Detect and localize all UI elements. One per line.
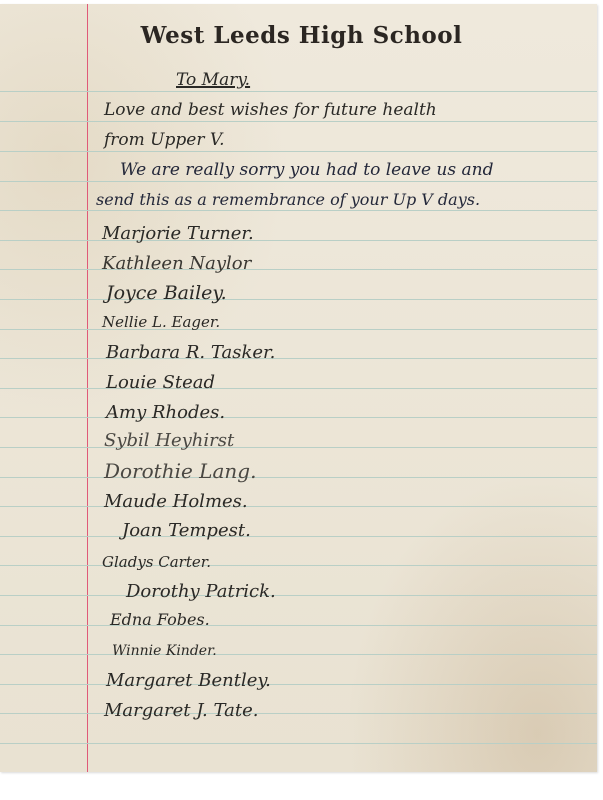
- signature: Amy Rhodes.: [106, 402, 225, 423]
- rule-line: [0, 388, 597, 389]
- signature: Joyce Bailey.: [106, 282, 227, 304]
- salutation: To Mary.: [176, 70, 250, 90]
- rule-line: [0, 91, 597, 92]
- rule-line: [0, 536, 597, 537]
- signature: Dorothy Patrick.: [126, 581, 276, 602]
- signature: Barbara R. Tasker.: [106, 342, 275, 363]
- rule-line: [0, 181, 597, 182]
- rule-line: [0, 299, 597, 300]
- signature: Margaret J. Tate.: [104, 700, 258, 721]
- signature: Winnie Kinder.: [112, 643, 217, 659]
- rule-line: [0, 240, 597, 241]
- signature: Sybil Heyhirst: [104, 430, 234, 451]
- rule-line: [0, 210, 597, 211]
- rule-line: [0, 447, 597, 448]
- rule-line: [0, 417, 597, 418]
- rule-line: [0, 654, 597, 655]
- rule-line: [0, 565, 597, 566]
- signature: Maude Holmes.: [104, 491, 248, 512]
- signature: Edna Fobes.: [110, 610, 210, 629]
- rule-line: [0, 743, 597, 744]
- signature: Joan Tempest.: [122, 520, 251, 541]
- signature: Marjorie Turner.: [102, 223, 254, 244]
- rule-line: [0, 595, 597, 596]
- rule-line: [0, 625, 597, 626]
- signature: Kathleen Naylor: [102, 253, 251, 274]
- rule-line: [0, 329, 597, 330]
- rule-line: [0, 151, 597, 152]
- signature: Nellie L. Eager.: [102, 313, 220, 331]
- rule-line: [0, 269, 597, 270]
- signature: Louie Stead: [106, 372, 215, 393]
- rule-line: [0, 506, 597, 507]
- rule-line: [0, 358, 597, 359]
- rule-line: [0, 684, 597, 685]
- message-line: We are really sorry you had to leave us …: [120, 160, 493, 180]
- signature: Margaret Bentley.: [106, 670, 271, 691]
- rule-line: [0, 121, 597, 122]
- rule-line: [0, 477, 597, 478]
- message-line: from Upper V.: [104, 130, 225, 150]
- letterhead-title: West Leeds High School: [0, 22, 603, 49]
- signature: Dorothie Lang.: [104, 459, 256, 483]
- message-line: Love and best wishes for future health: [104, 100, 437, 120]
- rule-line: [0, 713, 597, 714]
- message-line: send this as a remembrance of your Up V …: [96, 190, 480, 209]
- signature: Gladys Carter.: [102, 553, 211, 571]
